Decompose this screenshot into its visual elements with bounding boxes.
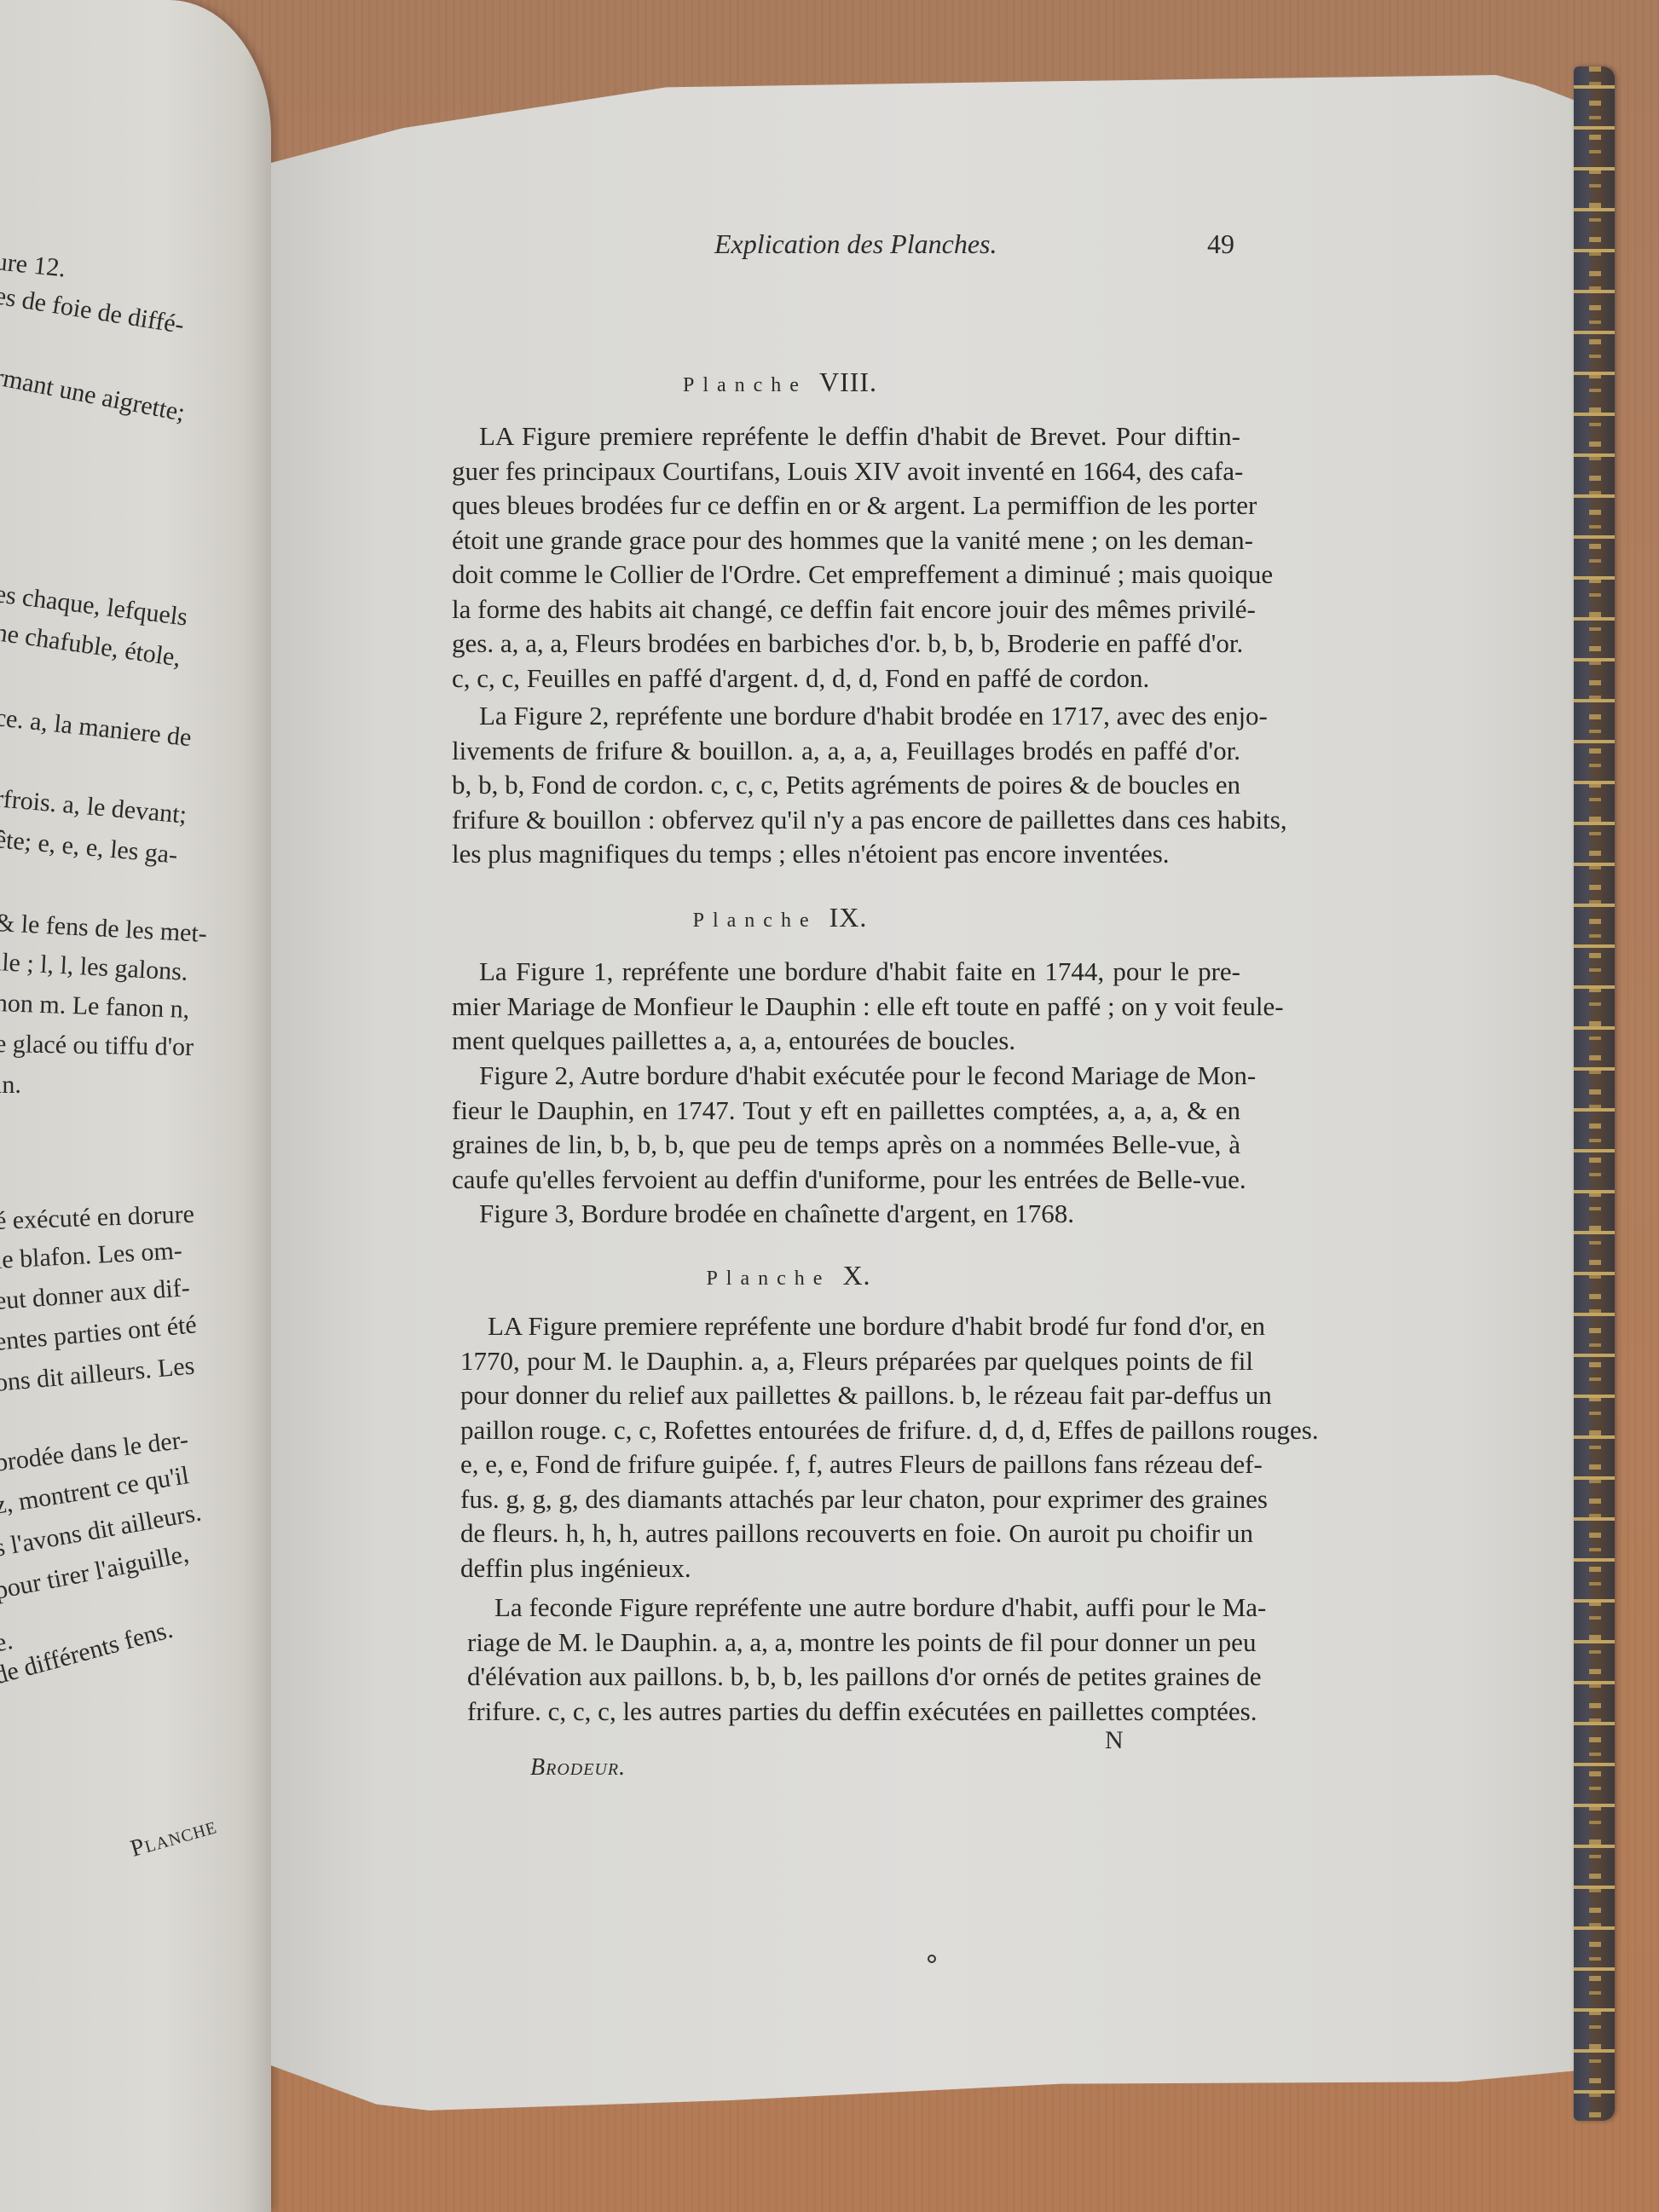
section-title-word: Planche (706, 1268, 830, 1290)
signature-brodeur: Brodeur. (530, 1754, 626, 1782)
text-line: guer fes principaux Courtifans, Louis XI… (452, 454, 1240, 489)
right-page-content: Explication des Planches. 49 PlancheVIII… (0, 0, 1659, 2212)
text-line: fieur le Dauphin, en 1747. Tout y eft en… (452, 1094, 1240, 1129)
section-title-planche-ix: PlancheIX. (281, 902, 1279, 933)
text-line: ment quelques paillettes a, a, a, entour… (452, 1024, 1240, 1059)
section-title-word: Planche (693, 910, 818, 932)
text-line: e, e, e, Fond de frifure guipée. f, f, a… (460, 1447, 1253, 1482)
text-line: graines de lin, b, b, b, que peu de temp… (452, 1128, 1240, 1163)
text-line: frifure & bouillon : obfervez qu'il n'y … (452, 803, 1240, 838)
text-line: de fleurs. h, h, h, autres paillons reco… (460, 1516, 1253, 1551)
text-line: pour donner du relief aux paillettes & p… (460, 1378, 1253, 1413)
text-line: caufe qu'elles fervoient au deffin d'uni… (452, 1163, 1240, 1198)
text-line: b, b, b, Fond de cordon. c, c, c, Petits… (452, 768, 1240, 803)
text-line: livements de frifure & bouillon. a, a, a… (452, 734, 1240, 769)
text-line: riage de M. le Dauphin. a, a, a, montre … (467, 1626, 1256, 1660)
section-title-planche-x: PlancheX. (290, 1260, 1287, 1291)
text-line: LA Figure premiere repréfente une bordur… (460, 1309, 1253, 1344)
text-line: la forme des habits ait changé, ce deffi… (452, 592, 1240, 627)
paragraph: La Figure 1, repréfente une bordure d'ha… (452, 955, 1240, 1059)
paragraph: Figure 2, Autre bordure d'habit exécutée… (452, 1059, 1240, 1197)
text-line: deffin plus ingénieux. (460, 1551, 1253, 1586)
text-line: Figure 3, Bordure brodée en chaînette d'… (452, 1197, 1240, 1232)
text-line: 1770, pour M. le Dauphin. a, a, Fleurs p… (460, 1344, 1253, 1379)
paragraph: LA Figure premiere repréfente une bordur… (460, 1309, 1253, 1585)
text-line: La Figure 1, repréfente une bordure d'ha… (452, 955, 1240, 990)
text-line: frifure. c, c, c, les autres parties du … (467, 1695, 1256, 1730)
signature-mark: N (1105, 1726, 1124, 1755)
text-line: les plus magnifiques du temps ; elles n'… (452, 837, 1240, 872)
section-title-numeral: IX. (829, 902, 868, 933)
paragraph: La feconde Figure repréfente une autre b… (467, 1591, 1256, 1729)
text-line: Figure 2, Autre bordure d'habit exécutée… (452, 1059, 1240, 1094)
section-title-numeral: X. (842, 1260, 870, 1291)
paragraph: La Figure 2, repréfente une bordure d'ha… (452, 699, 1240, 872)
paragraph: Figure 3, Bordure brodée en chaînette d'… (452, 1197, 1240, 1232)
text-line: mier Mariage de Monfieur le Dauphin : el… (452, 990, 1240, 1025)
paragraph: LA Figure premiere repréfente le deffin … (452, 419, 1240, 696)
text-line: La feconde Figure repréfente une autre b… (467, 1591, 1256, 1626)
text-line: doit comme le Collier de l'Ordre. Cet em… (452, 557, 1240, 592)
page-number: 49 (1207, 228, 1234, 260)
text-line: ges. a, a, a, Fleurs brodées en barbiche… (452, 627, 1240, 661)
section-title-numeral: VIII. (819, 367, 877, 397)
text-line: LA Figure premiere repréfente le deffin … (452, 419, 1240, 454)
text-line: paillon rouge. c, c, Rofettes entourées … (460, 1413, 1253, 1448)
text-line: La Figure 2, repréfente une bordure d'ha… (452, 699, 1240, 734)
text-line: fus. g, g, g, des diamants attachés par … (460, 1482, 1253, 1517)
text-line: c, c, c, Feuilles en paffé d'argent. d, … (452, 661, 1240, 696)
text-line: d'élévation aux paillons. b, b, b, les p… (467, 1660, 1256, 1695)
paper-speck (928, 1955, 936, 1963)
section-title-planche-viii: PlancheVIII. (281, 367, 1279, 398)
text-line: étoit une grande grace pour des hommes q… (452, 523, 1240, 558)
section-title-word: Planche (683, 374, 807, 396)
running-head: Explication des Planches. (714, 228, 997, 260)
text-line: ques bleues brodées fur ce deffin en or … (452, 488, 1240, 523)
